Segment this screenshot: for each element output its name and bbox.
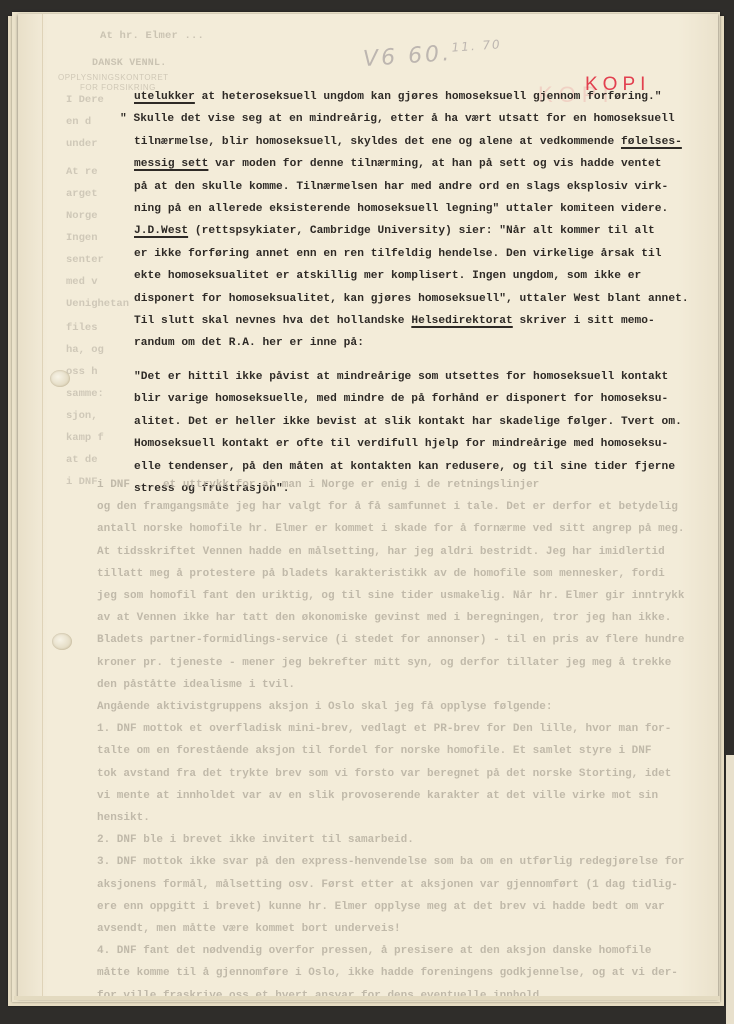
margin-ghost-word: ha, og — [66, 344, 104, 356]
faded-line: hensikt. — [97, 807, 717, 829]
text-segment: skriver i sitt memo- — [513, 315, 655, 327]
faded-line: antall norske homofile hr. Elmer er komm… — [97, 518, 717, 540]
main-body-text: utelukker at heteroseksuell ungdom kan g… — [134, 86, 714, 500]
text-segment: ning på en allerede eksisterende homosek… — [134, 203, 668, 215]
margin-ghost-word: Uenighetan — [66, 298, 129, 310]
text-segment: at heteroseksuell ungdom kan gjøres homo… — [195, 91, 662, 103]
faded-line: 3. DNF mottok ikke svar på den express-h… — [97, 851, 717, 873]
margin-ghost-word: oss h — [66, 366, 98, 378]
faded-line: jeg som homofil fant den uriktig, og til… — [97, 585, 717, 607]
quote-line: alitet. Det er heller ikke bevist at sli… — [134, 411, 714, 433]
faded-line: tillatt meg å protestere på bladets kara… — [97, 563, 717, 585]
faded-line: Bladets partner-formidlings-service (i s… — [97, 629, 717, 651]
margin-ghost-word: sjon, — [66, 410, 98, 422]
text-segment: på at den skulle komme. Tilnærmelsen har… — [134, 181, 668, 193]
quote-line: blir varige homoseksuelle, med mindre de… — [134, 388, 714, 410]
spacer — [134, 355, 714, 366]
faded-line: aksjonens formål, målsetting osv. Først … — [97, 874, 717, 896]
faded-line: 4. DNF fant det nødvendig overfor presse… — [97, 940, 717, 962]
faded-line: 1. DNF mottok et overfladisk mini-brev, … — [97, 718, 717, 740]
adjacent-page-edge — [726, 755, 734, 1024]
faded-line: 2. DNF ble i brevet ikke invitert til sa… — [97, 829, 717, 851]
margin-ghost-word: files — [66, 322, 98, 334]
faded-line: vi mente at innholdet var av en slik pro… — [97, 785, 717, 807]
margin-ghost-word: senter — [66, 254, 104, 266]
margin-ghost-word: under — [66, 138, 98, 150]
faded-line: Angående aktivistgruppens aksjon i Oslo … — [97, 696, 717, 718]
underlined-text: utelukker — [134, 91, 195, 103]
margin-ghost-word: med v — [66, 276, 98, 288]
margin-ghost-word: arget — [66, 188, 98, 200]
quote-line: "Det er hittil ikke påvist at mindreårig… — [134, 366, 714, 388]
underlined-text: messig sett — [134, 158, 208, 170]
quote-line: Homoseksuell kontakt er ofte til verdifu… — [134, 433, 714, 455]
faded-line: talte om en forestående aksjon til forde… — [97, 740, 717, 762]
margin-ghost-word: at de — [66, 454, 98, 466]
handwritten-date-note: V6 60.11. 70 — [362, 37, 503, 72]
faded-line: i DNF ... et uttrykk for at man i Norge … — [97, 474, 717, 496]
text-segment: ekte homoseksualitet er atskillig mer ko… — [134, 270, 641, 282]
faded-line: At tidsskriftet Vennen hadde en målsetti… — [97, 541, 717, 563]
margin-ghost-word: At re — [66, 166, 98, 178]
margin-ghost-word: Ingen — [66, 232, 98, 244]
text-line: er ikke forføring annet enn en ren tilfe… — [134, 243, 714, 265]
text-line: på at den skulle komme. Tilnærmelsen har… — [134, 176, 714, 198]
margin-ghost-word: i DNF — [66, 476, 98, 488]
faded-line: måtte komme til å gjennomføre i Oslo, ik… — [97, 962, 717, 984]
underlined-text: følelses- — [621, 136, 682, 148]
faded-line: og den framgangsmåte jeg har valgt for å… — [97, 496, 717, 518]
faded-line: av at Vennen ikke har tatt den økonomisk… — [97, 607, 717, 629]
faded-line: ere enn oppgitt i brevet) kunne hr. Elme… — [97, 896, 717, 918]
faded-line: tok avstand fra det trykte brev som vi f… — [97, 763, 717, 785]
margin-line — [42, 14, 43, 998]
text-line: randum om det R.A. her er inne på: — [134, 332, 714, 354]
text-line: tilnærmelse, blir homoseksuell, skyldes … — [134, 131, 714, 153]
text-line: Til slutt skal nevnes hva det hollandske… — [134, 310, 714, 332]
underlined-text: J.D.West — [134, 225, 188, 237]
faded-line: kroner pr. tjeneste - mener jeg bekrefte… — [97, 652, 717, 674]
text-line: J.D.West (rettspsykiater, Cambridge Univ… — [134, 220, 714, 242]
text-line: ning på en allerede eksisterende homosek… — [134, 198, 714, 220]
text-line: disponert for homoseksualitet, kan gjøre… — [134, 288, 714, 310]
letterhead-ghost-line: OPPLYSNINGSKONTORET — [58, 73, 169, 82]
paragraph-block: utelukker at heteroseksuell ungdom kan g… — [134, 86, 714, 355]
letterhead-ghost-line: DANSK VENNL. — [92, 58, 166, 69]
handwritten-note-sup: 11. 70 — [451, 37, 502, 54]
faded-line: avsendt, men måtte være kommet bort unde… — [97, 918, 717, 940]
margin-ghost-word: I Dere — [66, 94, 104, 106]
text-line: messig sett var moden for denne tilnærmi… — [134, 153, 714, 175]
text-segment: (rettspsykiater, Cambridge University) s… — [188, 225, 655, 237]
page-bottom-edge — [14, 996, 720, 1000]
margin-ghost-word: samme: — [66, 388, 104, 400]
bleed-through-text: i DNF ... et uttrykk for at man i Norge … — [97, 474, 717, 1007]
text-line: ekte homoseksualitet er atskillig mer ko… — [134, 265, 714, 287]
punch-hole-icon — [52, 633, 72, 650]
margin-ghost-word: en d — [66, 116, 91, 128]
text-line: utelukker at heteroseksuell ungdom kan g… — [134, 86, 714, 108]
text-segment: randum om det R.A. her er inne på: — [134, 337, 364, 349]
text-segment: er ikke forføring annet enn en ren tilfe… — [134, 248, 662, 260]
text-segment: disponert for homoseksualitet, kan gjøre… — [134, 293, 689, 305]
text-segment: tilnærmelse, blir homoseksuell, skyldes … — [134, 136, 621, 148]
text-segment: Til slutt skal nevnes hva det hollandske — [134, 315, 411, 327]
margin-ghost-word: kamp f — [66, 432, 104, 444]
text-segment: var moden for denne tilnærming, at han p… — [208, 158, 661, 170]
faded-line: den påståtte idealisme i tvil. — [97, 674, 717, 696]
underlined-text: Helsedirektorat — [411, 315, 512, 327]
handwritten-note-main: V6 60. — [362, 41, 453, 72]
text-segment: " Skulle det vise seg at en mindreårig, … — [120, 113, 675, 125]
margin-ghost-word: Norge — [66, 210, 98, 222]
bleed-header: At hr. Elmer ... — [100, 30, 204, 42]
text-line: " Skulle det vise seg at en mindreårig, … — [120, 108, 714, 130]
